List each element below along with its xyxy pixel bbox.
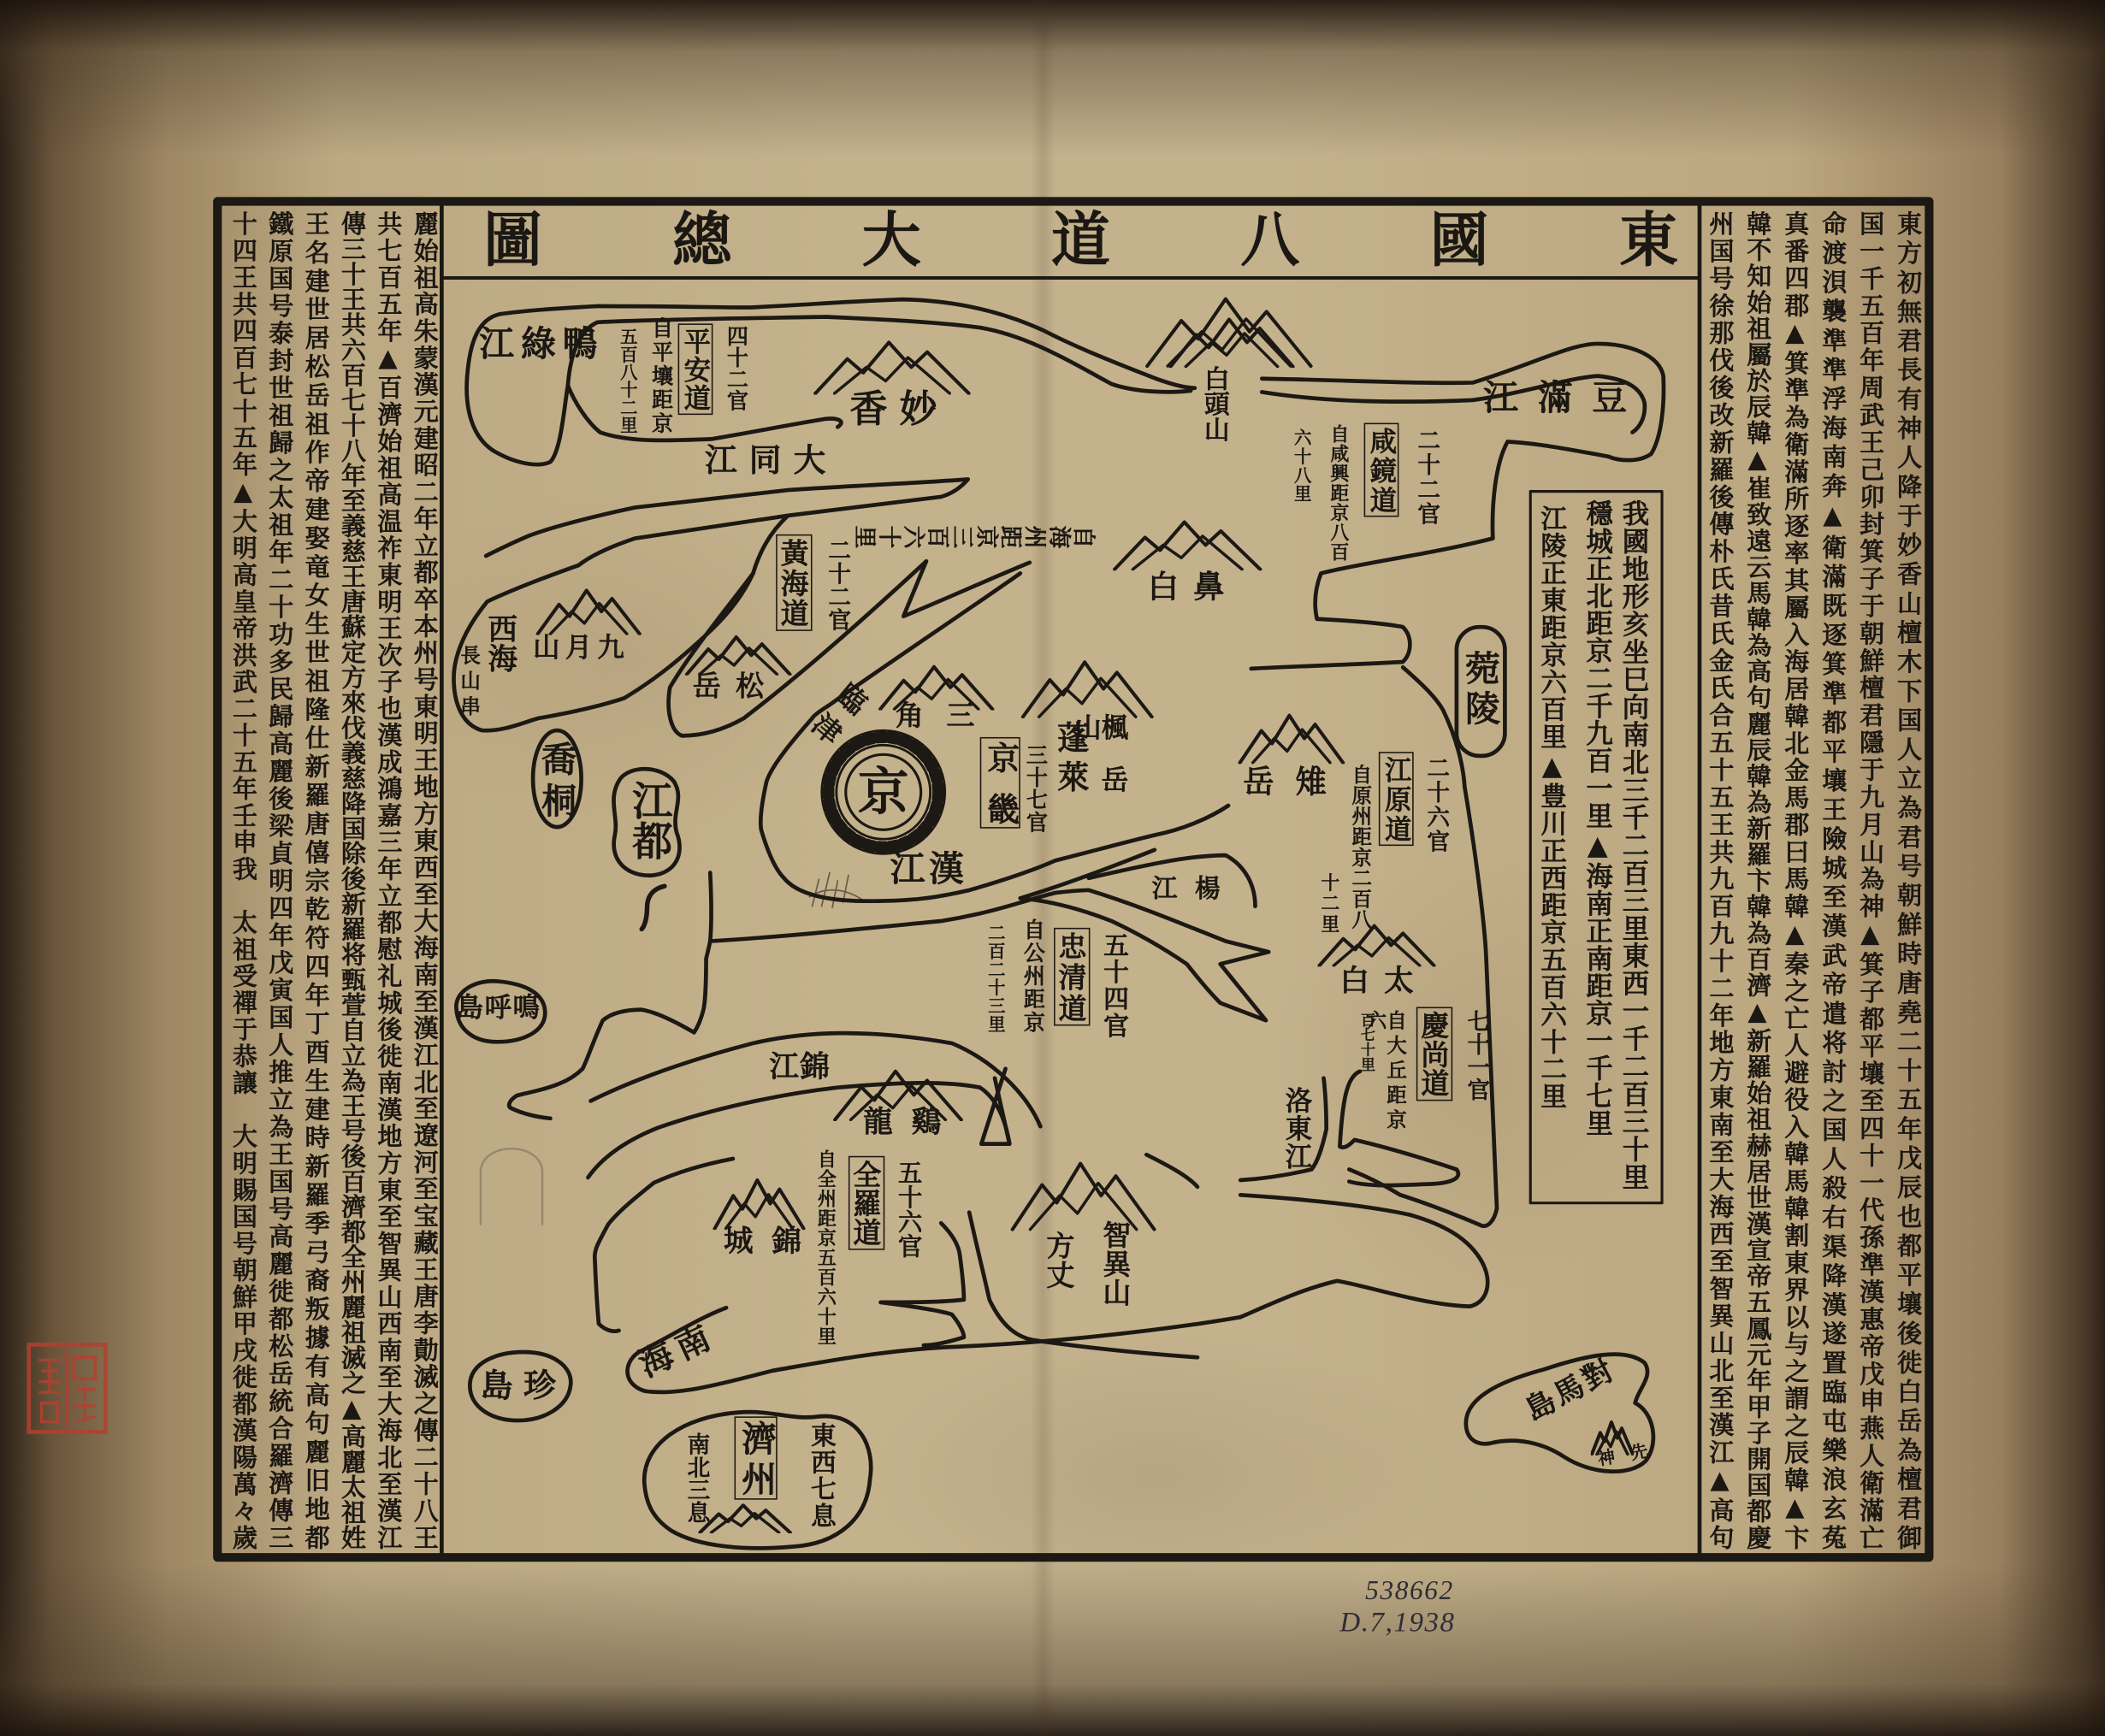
river-label-taedong: 大同江 [705, 445, 825, 477]
island-label-gangdo: 江都 [627, 780, 667, 860]
mountain-label-guwol: 九月山 [533, 634, 624, 660]
stub-near-gangdo [642, 886, 665, 929]
river-label-geum: 錦江 [769, 1053, 830, 1083]
right-panel-column-5: 韓不知始祖屬於辰韓▲崔致遠云馬韓為高句麗辰韓為新羅卞韓為百濟▲新羅始祖赫居世漢宣… [1743, 210, 1769, 1549]
distance-label: 十二里 [1320, 873, 1339, 934]
pencil-arch-sketch [481, 1148, 542, 1225]
mountain-icon-guwol [538, 590, 640, 634]
mountain-label-taebaek: 太白 [1339, 966, 1413, 996]
mountain-label-myohyang: 妙香 [849, 391, 937, 428]
mountain-icon-myohyang [815, 342, 968, 393]
jeju-north-south-extent: 南北三息 [683, 1432, 707, 1524]
call-number: D.7,1938 [1339, 1609, 1455, 1637]
island-label-jeju: 濟州 [738, 1420, 773, 1496]
distance-label: 百七十里 [1360, 1013, 1375, 1072]
mountain-label-pungak: 楓岳山 [1099, 713, 1126, 793]
capital-label: 京 [858, 766, 909, 818]
left-panel-column-3: 傳三十王共六百七十八年至義慈王唐蘇定方來伐義慈降国除後新羅将甄萱自立為王号後百濟… [338, 210, 364, 1549]
right-panel-column-3: 命渡浿襲準準浮海南奔▲衛滿既逐箕準都平壤王險城至漢武帝遣将討之国人殺右渠降漢遂置… [1818, 210, 1844, 1549]
province-name-label: 咸鏡道 [1368, 427, 1394, 512]
accession-number: 538662 [1365, 1578, 1454, 1604]
geum-river-lower-bank [588, 1083, 1009, 1178]
county-count-label: 二十六官 [1423, 756, 1446, 853]
distance-label: 自公州距京 [1021, 918, 1043, 1032]
mountain-label-jiri: 智異山 [1103, 1220, 1131, 1306]
mountain-icon-geumseong [715, 1180, 804, 1229]
mountain-label-baekdu: 白頭山 [1202, 365, 1227, 441]
county-count-label: 二十二官 [825, 539, 848, 631]
distance-label: 六十八里 [1292, 428, 1309, 502]
county-count-label: 七十一官 [1463, 1010, 1487, 1101]
river-label-nakdong: 洛東江 [1283, 1086, 1310, 1169]
distance-label-rotated: 自海州距京三百六十里 [854, 522, 1096, 545]
south-central-coast [969, 1213, 1197, 1358]
mountain-icon-baekdu [1147, 299, 1310, 366]
county-count-label: 五十六官 [896, 1160, 919, 1258]
river-label-tumen: 豆滿江 [1483, 381, 1627, 416]
red-ownership-seal [27, 1343, 107, 1434]
river-label-yalu: 鴨綠江 [479, 328, 597, 363]
mountain-icon-chiak [1240, 716, 1344, 763]
river-label-han: 漢江 [890, 853, 964, 888]
county-count-label: 五十四官 [1101, 932, 1126, 1038]
mountain-label-chiak: 雉岳 [1243, 766, 1326, 797]
left-panel-column-4: 王名建世居松岳祖作帝建娶竜女生世祖隆仕新羅唐僖宗乾符四年丁酉生建時新羅季弓裔叛據… [301, 210, 327, 1549]
mountain-label-gyeryong: 鷄龍 [863, 1107, 941, 1137]
summary-column-2: 穩城正北距京二千九百一里▲海南正南距京一千七里 [1584, 499, 1611, 1136]
mountain-label-bibaek: 鼻白 [1148, 572, 1224, 603]
southwest-coast [594, 1159, 733, 1332]
summary-column-1: 我國地形亥坐巳向南北三千二百三里東西一千二百三十里 [1620, 499, 1647, 1190]
island-label-ulleung: 菀陵 [1462, 650, 1497, 725]
river-label-yang: 楊江 [1152, 877, 1221, 902]
mountain-icon-bibaek [1115, 523, 1260, 570]
map-title: 東國八道大總圖 [483, 212, 1678, 271]
island-label-gyodong: 喬桐 [538, 741, 573, 818]
province-name-label: 慶尚道 [1421, 1011, 1449, 1096]
distance-label: 自平壤距京 [650, 317, 671, 434]
right-panel-column-6: 州国号徐那伐後改新羅後傳朴氏昔氏金氏合五十五王共九百九十二年地方東南至大海西至智… [1706, 210, 1731, 1549]
sea-label-west-sea: 西海 [486, 613, 516, 672]
right-panel-column-1: 東方初無君長有神人降于妙香山檀木下国人立為君号朝鮮時唐堯二十五年戊辰也都平壤後徙… [1894, 210, 1919, 1549]
left-panel-column-1: 麗始祖高朱蒙漢元建昭二年立都卒本州号東明王地方東西至大海南至漢江北至遼河至宝藏王… [410, 210, 435, 1549]
mountain-label-geumseong: 錦城 [724, 1227, 801, 1257]
left-panel-column-6: 十四王共四百七十五年▲大明高皇帝洪武二十五年壬申我 太祖受禪于恭讓 大明賜国号朝… [229, 210, 255, 1549]
south-coast [628, 1308, 1241, 1392]
cape-label-jangsangot: 長山串 [459, 645, 480, 716]
seal-glyph-strokes [31, 1347, 103, 1430]
distance-label: 五百八十二里 [618, 328, 635, 434]
island-label-ohodo: 鳴呼島 [457, 994, 540, 1020]
province-name-label: 全羅道 [853, 1160, 881, 1245]
mountain-icon-halla [700, 1505, 789, 1532]
distance-label: 自原州距京二百八 [1351, 764, 1371, 929]
mountain-label-bangjang: 方丈 [1046, 1231, 1074, 1290]
mountain-label-songak: 松岳 [693, 671, 764, 700]
map-page: 東國八道大總圖 東方初無君長有神人降于妙香山檀木下国人立為君号朝鮮時唐堯二十五年… [0, 0, 2105, 1736]
county-count-label: 四十二官 [725, 325, 747, 410]
distance-label: 自大丘距京六 [1386, 1010, 1406, 1130]
jinju-stream [1146, 1154, 1197, 1187]
county-count-label: 二十二官 [1414, 428, 1437, 525]
distance-label: 自咸興距京八百 [1329, 424, 1348, 561]
province-name-label: 平安道 [682, 328, 708, 410]
distance-label: 自全州距京五百六十里 [816, 1149, 835, 1345]
mountain-label-samgak: 三角 [896, 701, 975, 729]
province-name-label: 京畿 [984, 741, 1016, 824]
province-name-label: 黃海道 [780, 539, 808, 628]
left-panel-column-2: 共七百五年▲百濟始祖高温祚東明王次子也漢成鴻嘉三年立都慰礼城後徙南漢地方東至智異… [374, 210, 399, 1549]
right-panel-column-2: 国一千五百年周武王己卯封箕子于朝鮮檀君隱于九月山為神▲箕子都平壤至四十一代孫準漢… [1856, 210, 1882, 1549]
right-panel-column-4: 真番四郡▲箕準為衛滿所逐率其屬入海居韓北金馬郡曰馬韓▲秦之亡人避役入韓馬韓割東界… [1781, 210, 1806, 1549]
left-panel-column-5: 鐵原国号泰封世祖歸之太祖年二十功多民歸高麗後梁貞明四年戊寅国人推立為王国号高麗徙… [265, 210, 291, 1549]
summary-column-3: 江陵正東距京六百里▲豊川正西距京五百六十二里 [1539, 505, 1565, 1109]
distance-label: 二百二十三里 [985, 924, 1002, 1032]
jeju-east-west-extent: 東西七息 [808, 1422, 834, 1528]
mountain-icon-pungak [1023, 662, 1152, 717]
island-label-jindo: 珍島 [481, 1369, 556, 1402]
province-name-label: 忠清道 [1058, 932, 1086, 1022]
province-name-label: 江原道 [1383, 756, 1410, 841]
mountain-icon-jiri [1013, 1164, 1155, 1230]
county-count-label: 三十七官 [1025, 744, 1046, 833]
